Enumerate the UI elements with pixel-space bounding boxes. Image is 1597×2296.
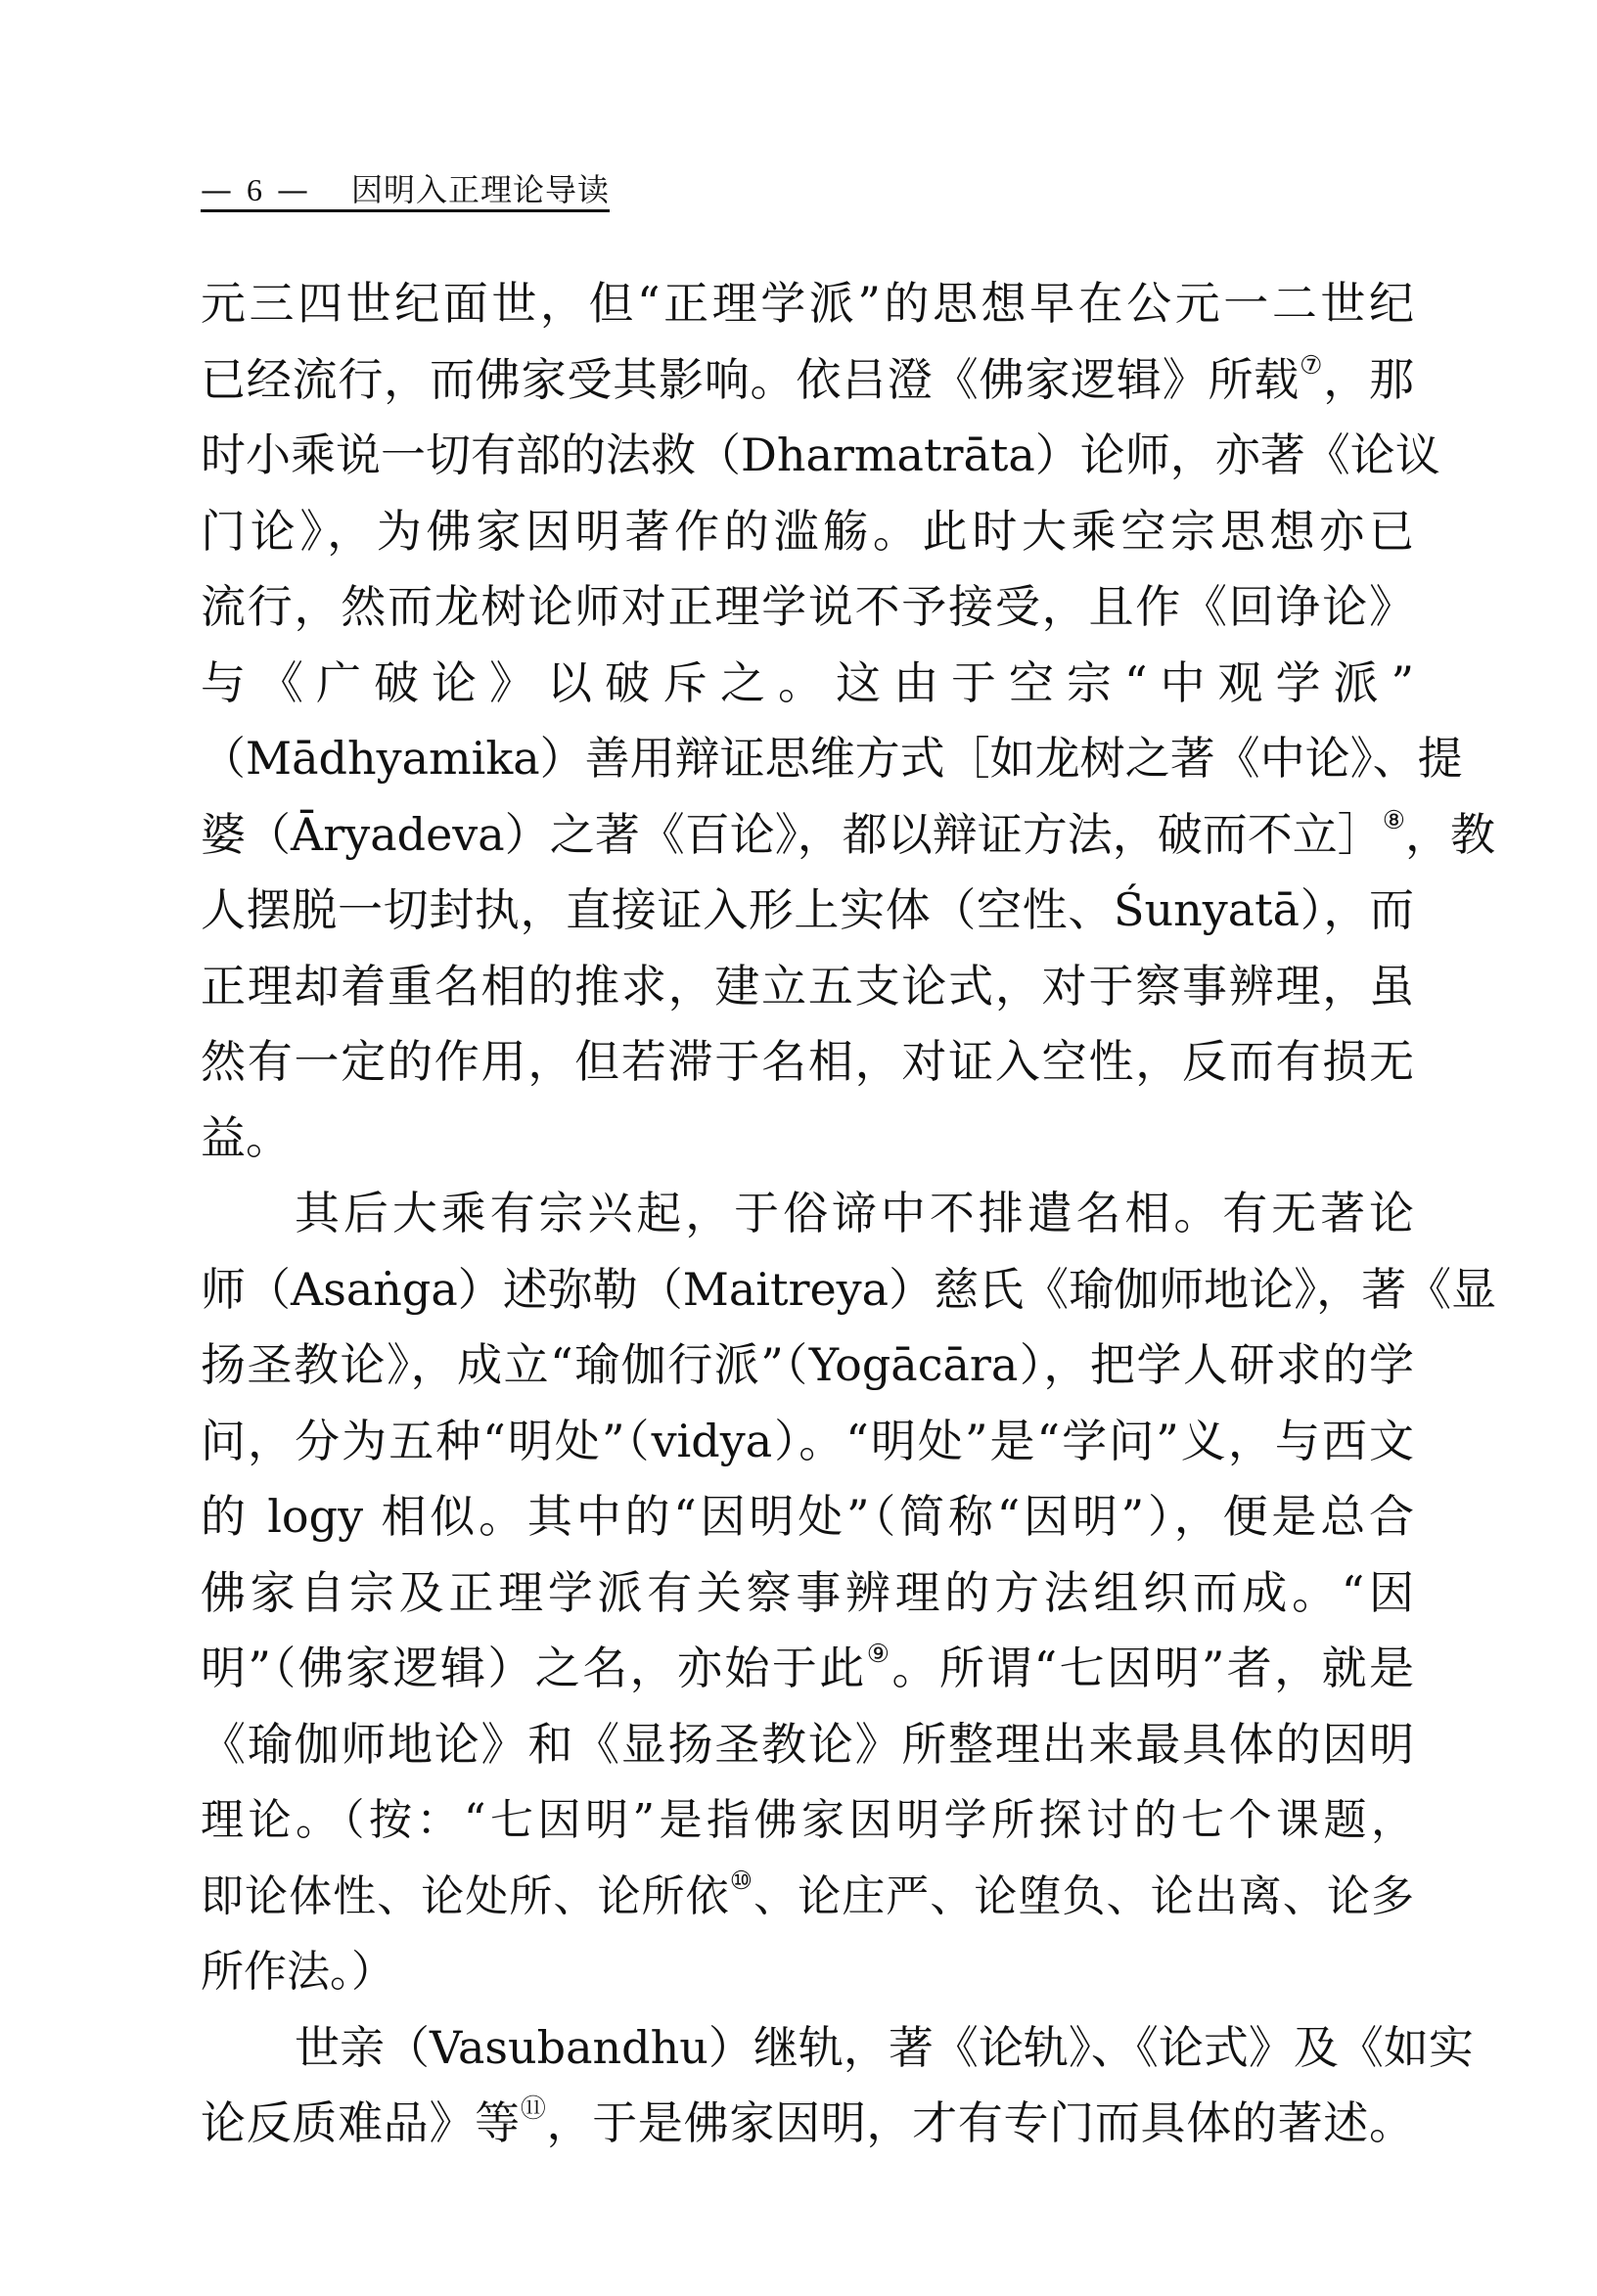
body-text: 元三四世纪面世，但“正理学派”的思想早在公元一二世纪已经流行，而佛家受其影响。依… [201,266,1414,2162]
text-line: 问，分为五种“明处”（vidya）。“明处”是“学问”义，与西文 [201,1404,1414,1480]
text-line-content: 其后大乘有宗兴起，于俗谛中不排遣名相。有无著论 [295,1187,1414,1239]
text-line-content: 正理却着重名相的推求，建立五支论式，对于察事辨理，虽 [201,960,1414,1013]
text-line-content: 明”（佛家逻辑）之名，亦始于此 [201,1642,867,1694]
text-line: 论反质难品》等⑪，于是佛家因明，才有专门而具体的著述。 [201,2086,1414,2162]
text-line-content: 已经流行，而佛家受其影响。依吕澄《佛家逻辑》所载 [201,353,1300,406]
text-line-content: 与《广破论》以破斥之。这由于空宗“中观学派” [201,656,1414,709]
text-line: 正理却着重名相的推求，建立五支论式，对于察事辨理，虽 [201,949,1414,1025]
text-line-content: 即论体性、论处所、论所依 [201,1871,730,1921]
text-line: 益。 [201,1101,1414,1177]
text-line-content: 问，分为五种“明处”（vidya）。“明处”是“学问”义，与西文 [201,1415,1414,1467]
text-line-content: 师（Asaṅga）述弥勒（Maitreya）慈氏《瑜伽师地论》，著《显 [201,1263,1496,1316]
text-line: 婆（Āryadeva）之著《百论》，都以辩证方法，破而不立］⑧，教 [201,797,1414,874]
text-line-content: 然有一定的作用，但若滞于名相，对证入空性，反而有损无 [201,1035,1414,1088]
text-line-content: （Mādhyamika）善用辩证思维方式［如龙树之著《中论》、提 [201,732,1463,785]
text-line-content: 元三四世纪面世，但“正理学派”的思想早在公元一二世纪 [201,277,1414,330]
footnote-marker[interactable]: ⑪ [521,2094,547,2124]
text-line-content: 理论。（按：“七因明”是指佛家因明学所探讨的七个课题， [201,1795,1414,1845]
text-line-tail: ，于是佛家因明，才有专门而具体的著述。 [547,2096,1414,2149]
text-line-content: 佛家自宗及正理学派有关察事辨理的方法组织而成。“因 [201,1566,1414,1619]
text-line: 其后大乘有宗兴起，于俗谛中不排遣名相。有无著论 [201,1176,1414,1252]
text-line-tail: ，教 [1405,808,1495,861]
text-line-content: 所作法。） [201,1947,394,1997]
text-line-content: 世亲（Vasubandhu）继轨，著《论轨》、《论式》及《如实 [295,2021,1474,2074]
text-line: 然有一定的作用，但若滞于名相，对证入空性，反而有损无 [201,1024,1414,1101]
text-line: 即论体性、论处所、论所依⑩、论庄严、论堕负、论出离、论多 [201,1859,1414,1935]
text-line: 佛家自宗及正理学派有关察事辨理的方法组织而成。“因 [201,1555,1414,1632]
text-line-content: 时小乘说一切有部的法救（Dharmatrāta）论师，亦著《论议 [201,428,1440,481]
text-line: 流行，然而龙树论师对正理学说不予接受，且作《回诤论》 [201,569,1414,646]
text-line: 理论。（按：“七因明”是指佛家因明学所探讨的七个课题， [201,1782,1414,1859]
text-line: 扬圣教论》，成立“瑜伽行派”（Yogācāra），把学人研求的学 [201,1328,1414,1404]
text-line: 元三四世纪面世，但“正理学派”的思想早在公元一二世纪 [201,266,1414,342]
text-line: 的 logy 相似。其中的“因明处”（简称“因明”），便是总合 [201,1479,1414,1555]
text-line-content: 扬圣教论》，成立“瑜伽行派”（Yogācāra），把学人研求的学 [201,1338,1414,1391]
text-line-content: 门论》，为佛家因明著作的滥觞。此时大乘空宗思想亦已 [201,505,1414,558]
text-line: 世亲（Vasubandhu）继轨，著《论轨》、《论式》及《如实 [201,2010,1414,2087]
book-title: 因明入正理论导读 [351,170,610,209]
text-line-content: 《瑜伽师地论》和《显扬圣教论》所整理出来最具体的因明 [201,1718,1414,1771]
text-line: （Mādhyamika）善用辩证思维方式［如龙树之著《中论》、提 [201,721,1414,797]
text-line: 已经流行，而佛家受其影响。依吕澄《佛家逻辑》所载⑦，那 [201,342,1414,419]
text-line: 时小乘说一切有部的法救（Dharmatrāta）论师，亦著《论议 [201,418,1414,494]
text-line-content: 人摆脱一切封执，直接证入形上实体（空性、Śunyatā），而 [201,883,1414,936]
text-line: 人摆脱一切封执，直接证入形上实体（空性、Śunyatā），而 [201,873,1414,949]
text-line-content: 流行，然而龙树论师对正理学说不予接受，且作《回诤论》 [201,580,1414,633]
text-line-content: 益。 [201,1111,291,1164]
header-dash-left: — [201,170,232,209]
text-line-tail: ，那 [1323,353,1414,406]
running-head: — 6 — 因明入正理论导读 [201,166,610,212]
text-line: 师（Asaṅga）述弥勒（Maitreya）慈氏《瑜伽师地论》，著《显 [201,1252,1414,1328]
text-line: 门论》，为佛家因明著作的滥觞。此时大乘空宗思想亦已 [201,494,1414,570]
footnote-marker[interactable]: ⑨ [867,1640,892,1669]
header-dash-right: — [277,170,308,209]
text-line-content: 婆（Āryadeva）之著《百论》，都以辩证方法，破而不立］ [201,808,1383,861]
page-number: 6 [232,170,277,209]
footnote-marker[interactable]: ⑩ [730,1867,753,1896]
footnote-marker[interactable]: ⑧ [1383,806,1405,835]
text-line-tail: 。所谓“七因明”者，就是 [891,1642,1414,1694]
text-line-content: 的 logy 相似。其中的“因明处”（简称“因明”），便是总合 [201,1490,1414,1543]
text-line: 《瑜伽师地论》和《显扬圣教论》所整理出来最具体的因明 [201,1707,1414,1783]
text-line-tail: 、论庄严、论堕负、论出离、论多 [753,1871,1414,1921]
footnote-marker[interactable]: ⑦ [1300,351,1323,381]
text-line-content: 论反质难品》等 [201,2096,521,2149]
text-line: 与《广破论》以破斥之。这由于空宗“中观学派” [201,646,1414,722]
text-line: 明”（佛家逻辑）之名，亦始于此⑨。所谓“七因明”者，就是 [201,1631,1414,1707]
text-line: 所作法。） [201,1934,1414,2010]
